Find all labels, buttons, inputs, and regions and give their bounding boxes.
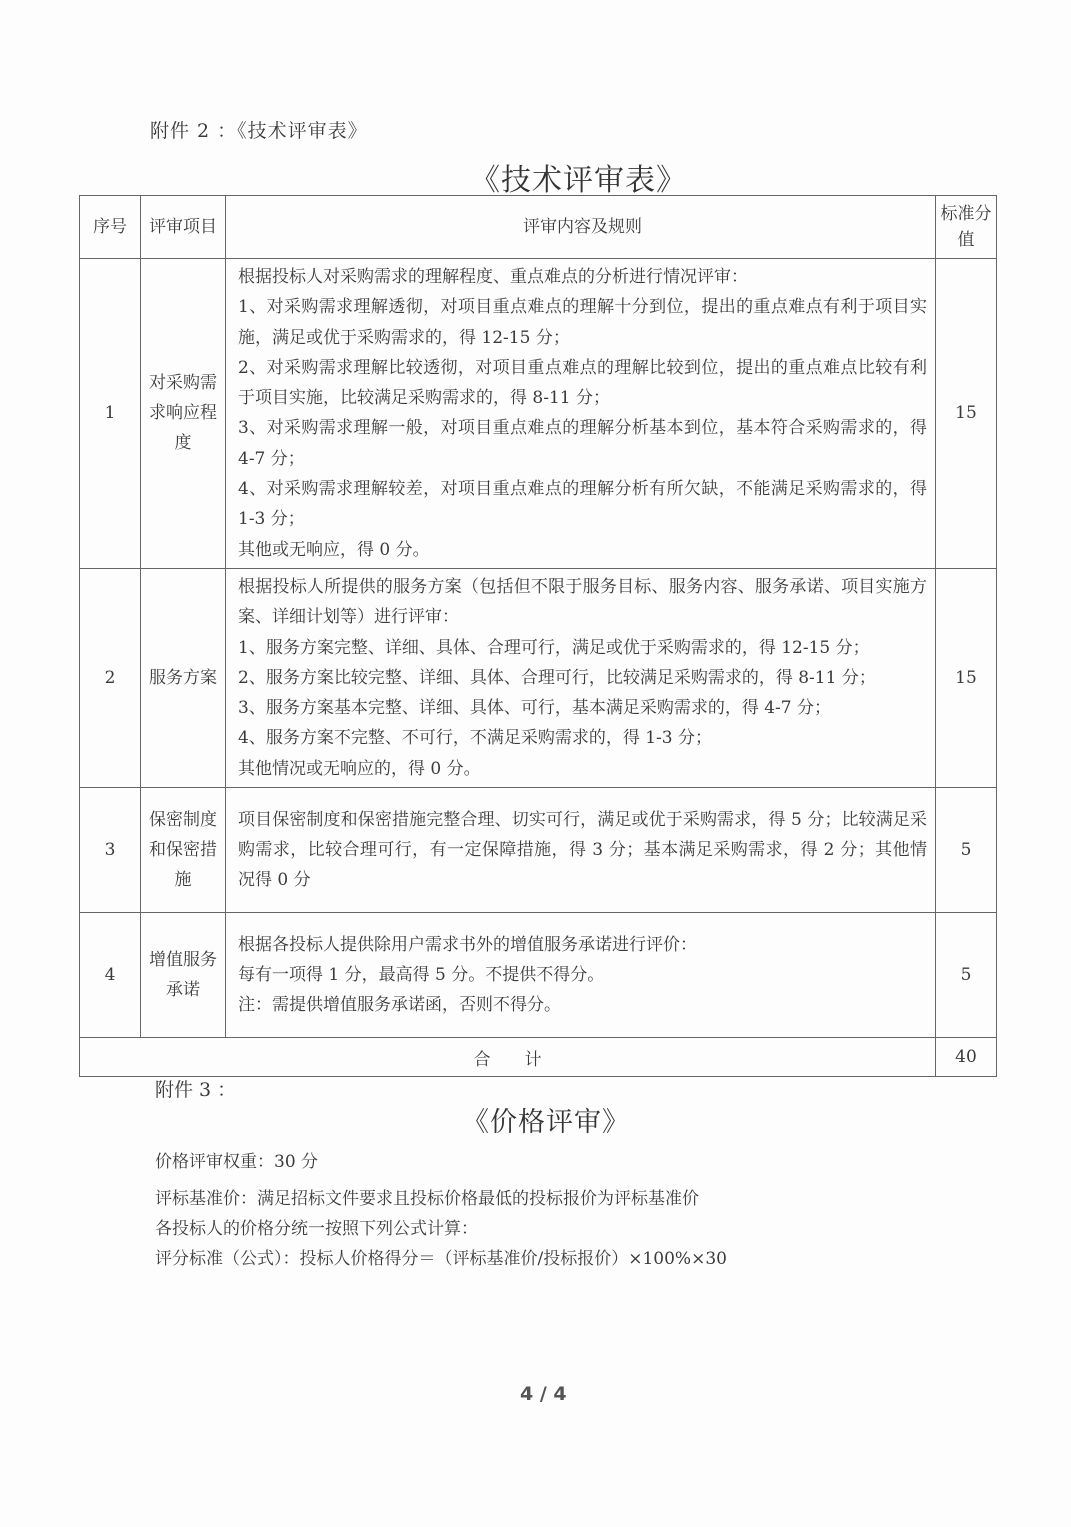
scoring-formula: 评分标准（公式）：投标人价格得分＝（评标基准价/投标报价）×100%×30 (155, 1244, 727, 1269)
row-item: 保密制度和保密措施 (141, 788, 226, 913)
row-no: 3 (80, 788, 141, 913)
row-score: 15 (936, 259, 997, 569)
row-no: 2 (80, 568, 141, 787)
table-row: 4 增值服务承诺 根据各投标人提供除用户需求书外的增值服务承诺进行评价： 每有一… (80, 913, 997, 1038)
rule-line: 项目保密制度和保密措施完整合理、切实可行，满足或优于采购需求，得 5 分；比较满… (238, 805, 927, 896)
row-score: 5 (936, 913, 997, 1038)
price-weight: 价格评审权重：30 分 (155, 1147, 318, 1172)
rule-line: 根据投标人所提供的服务方案（包括但不限于服务目标、服务内容、服务承诺、项目实施方… (238, 572, 927, 633)
rule-line: 1、对采购需求理解透彻，对项目重点难点的理解十分到位，提出的重点难点有利于项目实… (238, 292, 927, 353)
header-no: 序号 (80, 196, 141, 259)
total-row: 合 计 40 (80, 1038, 997, 1077)
table-row: 1 对采购需求响应程度 根据投标人对采购需求的理解程度、重点难点的分析进行情况评… (80, 259, 997, 569)
header-rule: 评审内容及规则 (226, 196, 936, 259)
row-rule: 项目保密制度和保密措施完整合理、切实可行，满足或优于采购需求，得 5 分；比较满… (226, 788, 936, 913)
rule-line: 4、对采购需求理解较差，对项目重点难点的理解分析有所欠缺，不能满足采购需求的，得… (238, 474, 927, 535)
total-score: 40 (936, 1038, 997, 1077)
header-item: 评审项目 (141, 196, 226, 259)
rule-line: 其他或无响应，得 0 分。 (238, 535, 927, 565)
row-score: 5 (936, 788, 997, 913)
benchmark-price: 评标基准价：满足招标文件要求且投标价格最低的投标报价为评标基准价 (155, 1184, 699, 1209)
rule-line: 注：需提供增值服务承诺函，否则不得分。 (238, 990, 927, 1020)
row-score: 15 (936, 568, 997, 787)
rule-line: 1、服务方案完整、详细、具体、合理可行，满足或优于采购需求的，得 12-15 分… (238, 633, 927, 663)
rule-line: 2、服务方案比较完整、详细、具体、合理可行，比较满足采购需求的，得 8-11 分… (238, 663, 927, 693)
rule-line: 其他情况或无响应的，得 0 分。 (238, 754, 927, 784)
row-item: 增值服务承诺 (141, 913, 226, 1038)
row-no: 1 (80, 259, 141, 569)
rule-line: 3、对采购需求理解一般，对项目重点难点的理解分析基本到位，基本符合采购需求的，得… (238, 413, 927, 474)
rule-line: 根据投标人对采购需求的理解程度、重点难点的分析进行情况评审： (238, 262, 927, 292)
technical-review-table: 序号 评审项目 评审内容及规则 标准分值 1 对采购需求响应程度 根据投标人对采… (79, 195, 997, 1077)
row-rule: 根据各投标人提供除用户需求书外的增值服务承诺进行评价： 每有一项得 1 分，最高… (226, 913, 936, 1038)
calc-note: 各投标人的价格分统一按照下列公式计算： (155, 1214, 478, 1239)
technical-review-title: 《技术评审表》 (470, 155, 687, 199)
page-number: 4 / 4 (520, 1383, 567, 1405)
row-item: 服务方案 (141, 568, 226, 787)
row-no: 4 (80, 913, 141, 1038)
table-header-row: 序号 评审项目 评审内容及规则 标准分值 (80, 196, 997, 259)
attachment2-label: 附件 2 ：《技术评审表》 (150, 116, 368, 143)
rule-line: 根据各投标人提供除用户需求书外的增值服务承诺进行评价： (238, 930, 927, 960)
price-review-title: 《价格评审》 (462, 1100, 630, 1139)
attachment3-label: 附件 3 ： (155, 1075, 236, 1102)
rule-line: 3、服务方案基本完整、详细、具体、可行，基本满足采购需求的，得 4-7 分； (238, 693, 927, 723)
row-rule: 根据投标人对采购需求的理解程度、重点难点的分析进行情况评审： 1、对采购需求理解… (226, 259, 936, 569)
header-score: 标准分值 (936, 196, 997, 259)
table-row: 2 服务方案 根据投标人所提供的服务方案（包括但不限于服务目标、服务内容、服务承… (80, 568, 997, 787)
row-rule: 根据投标人所提供的服务方案（包括但不限于服务目标、服务内容、服务承诺、项目实施方… (226, 568, 936, 787)
rule-line: 4、服务方案不完整、不可行，不满足采购需求的，得 1-3 分； (238, 723, 927, 753)
total-label: 合 计 (80, 1038, 936, 1077)
row-item: 对采购需求响应程度 (141, 259, 226, 569)
rule-line: 每有一项得 1 分，最高得 5 分。不提供不得分。 (238, 960, 927, 990)
table-row: 3 保密制度和保密措施 项目保密制度和保密措施完整合理、切实可行，满足或优于采购… (80, 788, 997, 913)
rule-line: 2、对采购需求理解比较透彻，对项目重点难点的理解比较到位，提出的重点难点比较有利… (238, 353, 927, 414)
